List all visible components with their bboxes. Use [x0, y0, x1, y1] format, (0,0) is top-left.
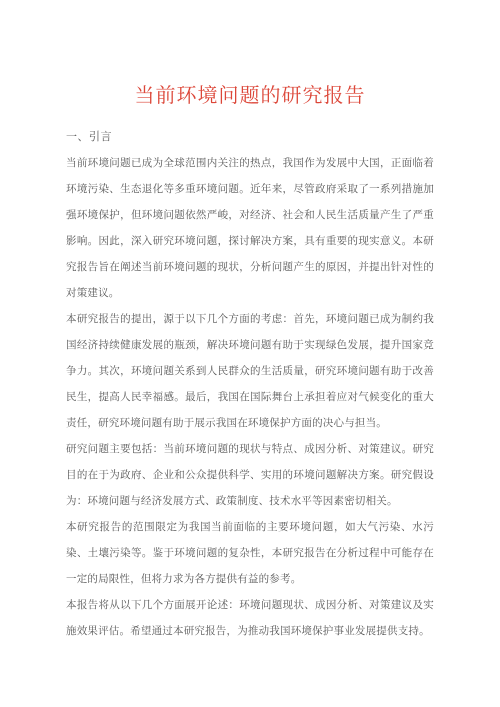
paragraph-scope: 本研究报告的范围限定为我国当前面临的主要环境问题，如大气污染、水污染、土壤污染等…: [66, 514, 434, 592]
section-heading: 一、引言: [66, 124, 434, 150]
paragraph-introduction: 当前环境问题已成为全球范围内关注的热点，我国作为发展中大国，正面临着环境污染、生…: [66, 150, 434, 306]
paragraph-research-questions: 研究问题主要包括：当前环境问题的现状与特点、成因分析、对策建议。研究目的在于为政…: [66, 436, 434, 514]
report-title: 当前环境问题的研究报告: [66, 84, 434, 109]
document-page: 当前环境问题的研究报告 一、引言 当前环境问题已成为全球范围内关注的热点，我国作…: [0, 0, 500, 707]
paragraph-outline: 本报告将从以下几个方面展开论述：环境问题现状、成因分析、对策建议及实施效果评估。…: [66, 592, 434, 644]
paragraph-motivation: 本研究报告的提出，源于以下几个方面的考虑：首先，环境问题已成为制约我国经济持续健…: [66, 306, 434, 436]
